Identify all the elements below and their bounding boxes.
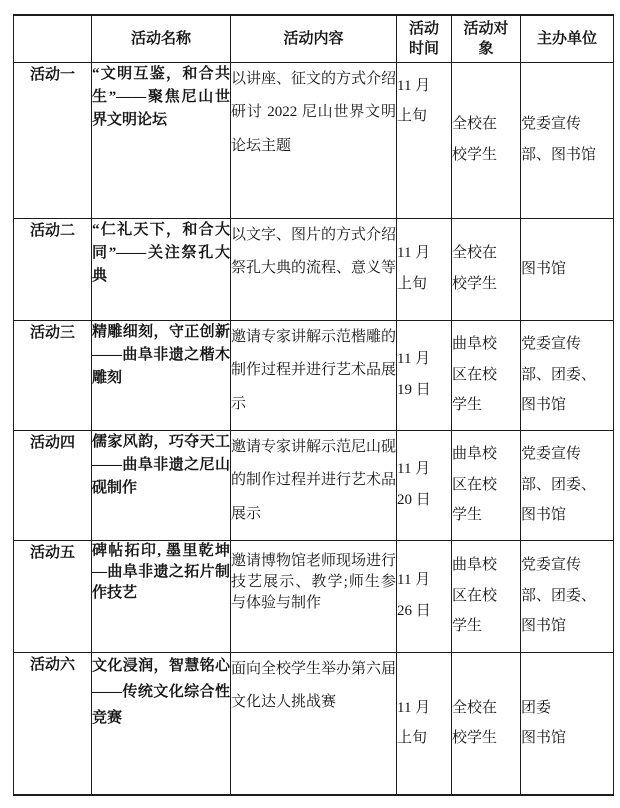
activity-name-cell: 文化浸润，智慧铭心——传统文化综合性竞赛 — [92, 652, 231, 795]
activity-name-cell: 儒家风韵，巧夺天工——曲阜非遗之尼山砚制作 — [92, 430, 231, 540]
header-corner-cell — [14, 15, 92, 62]
activity-time-cell: 11 月 上旬 — [397, 218, 452, 320]
activity-time-cell: 11 月 上旬 — [397, 652, 452, 795]
activity-name-cell: “文明互鉴，和合共生”——聚焦尼山世界文明论坛 — [92, 62, 231, 218]
activity-content-cell: 面向全校学生举办第六届文化达人挑战赛 — [231, 652, 397, 795]
activity-organizer-cell: 党委宣传 部、图书馆 — [521, 62, 614, 218]
activity-label-cell: 活动一 — [14, 62, 92, 218]
header-organizer: 主办单位 — [521, 15, 614, 62]
activity-label-cell: 活动五 — [14, 540, 92, 652]
activity-audience-cell: 全校在 校学生 — [452, 62, 521, 218]
activity-content-cell: 以文字、图片的方式介绍祭孔大典的流程、意义等 — [231, 218, 397, 320]
activity-content-cell: 邀请专家讲解示范尼山砚的制作过程并进行艺术品展示 — [231, 430, 397, 540]
activity-time-cell: 11 月 20 日 — [397, 430, 452, 540]
activity-organizer-cell: 图书馆 — [521, 218, 614, 320]
header-row: 活动名称 活动内容 活动 时间 活动对 象 主办单位 — [14, 15, 614, 62]
document-page: 活动名称 活动内容 活动 时间 活动对 象 主办单位 活动一 “文明互鉴，和合共… — [0, 0, 620, 808]
activity-name-cell: 碑帖拓印, 墨里乾坤—曲阜非遗之拓片制作技艺 — [92, 540, 231, 652]
activity-time-cell: 11 月 26 日 — [397, 540, 452, 652]
activity-time-cell: 11 月 19 日 — [397, 320, 452, 430]
activities-table: 活动名称 活动内容 活动 时间 活动对 象 主办单位 活动一 “文明互鉴，和合共… — [13, 14, 614, 796]
activity-label-cell: 活动四 — [14, 430, 92, 540]
activity-audience-cell: 全校在 校学生 — [452, 218, 521, 320]
table-row: 活动六 文化浸润，智慧铭心——传统文化综合性竞赛 面向全校学生举办第六届文化达人… — [14, 652, 614, 795]
activity-audience-cell: 曲阜校 区在校 学生 — [452, 430, 521, 540]
activity-organizer-cell: 党委宣传 部、团委、 图书馆 — [521, 540, 614, 652]
header-activity-audience: 活动对 象 — [452, 15, 521, 62]
activity-audience-cell: 曲阜校 区在校 学生 — [452, 540, 521, 652]
activity-content-cell: 邀请专家讲解示范楷雕的制作过程并进行艺术品展示 — [231, 320, 397, 430]
header-activity-content: 活动内容 — [231, 15, 397, 62]
activity-organizer-cell: 党委宣传 部、团委、 图书馆 — [521, 320, 614, 430]
activity-label-cell: 活动二 — [14, 218, 92, 320]
activity-label-cell: 活动三 — [14, 320, 92, 430]
activity-content-cell: 以讲座、征文的方式介绍研讨 2022 尼山世界文明论坛主题 — [231, 62, 397, 218]
activity-content-cell: 邀请博物馆老师现场进行技艺展示、教学;师生参与体验与制作 — [231, 540, 397, 652]
activity-audience-cell: 全校在 校学生 — [452, 652, 521, 795]
table-row: 活动二 “仁礼天下，和合大同”——关注祭孔大典 以文字、图片的方式介绍祭孔大典的… — [14, 218, 614, 320]
activity-organizer-cell: 党委宣传 部、团委、 图书馆 — [521, 430, 614, 540]
activity-label-cell: 活动六 — [14, 652, 92, 795]
header-activity-time: 活动 时间 — [397, 15, 452, 62]
activity-audience-cell: 曲阜校 区在校 学生 — [452, 320, 521, 430]
table-row: 活动三 精雕细刻，守正创新——曲阜非遗之楷木雕刻 邀请专家讲解示范楷雕的制作过程… — [14, 320, 614, 430]
table-row: 活动五 碑帖拓印, 墨里乾坤—曲阜非遗之拓片制作技艺 邀请博物馆老师现场进行技艺… — [14, 540, 614, 652]
activity-organizer-cell: 团委 图书馆 — [521, 652, 614, 795]
header-activity-name: 活动名称 — [92, 15, 231, 62]
table-row: 活动一 “文明互鉴，和合共生”——聚焦尼山世界文明论坛 以讲座、征文的方式介绍研… — [14, 62, 614, 218]
activity-time-cell: 11 月 上旬 — [397, 62, 452, 218]
table-row: 活动四 儒家风韵，巧夺天工——曲阜非遗之尼山砚制作 邀请专家讲解示范尼山砚的制作… — [14, 430, 614, 540]
activity-name-cell: 精雕细刻，守正创新——曲阜非遗之楷木雕刻 — [92, 320, 231, 430]
activity-name-cell: “仁礼天下，和合大同”——关注祭孔大典 — [92, 218, 231, 320]
